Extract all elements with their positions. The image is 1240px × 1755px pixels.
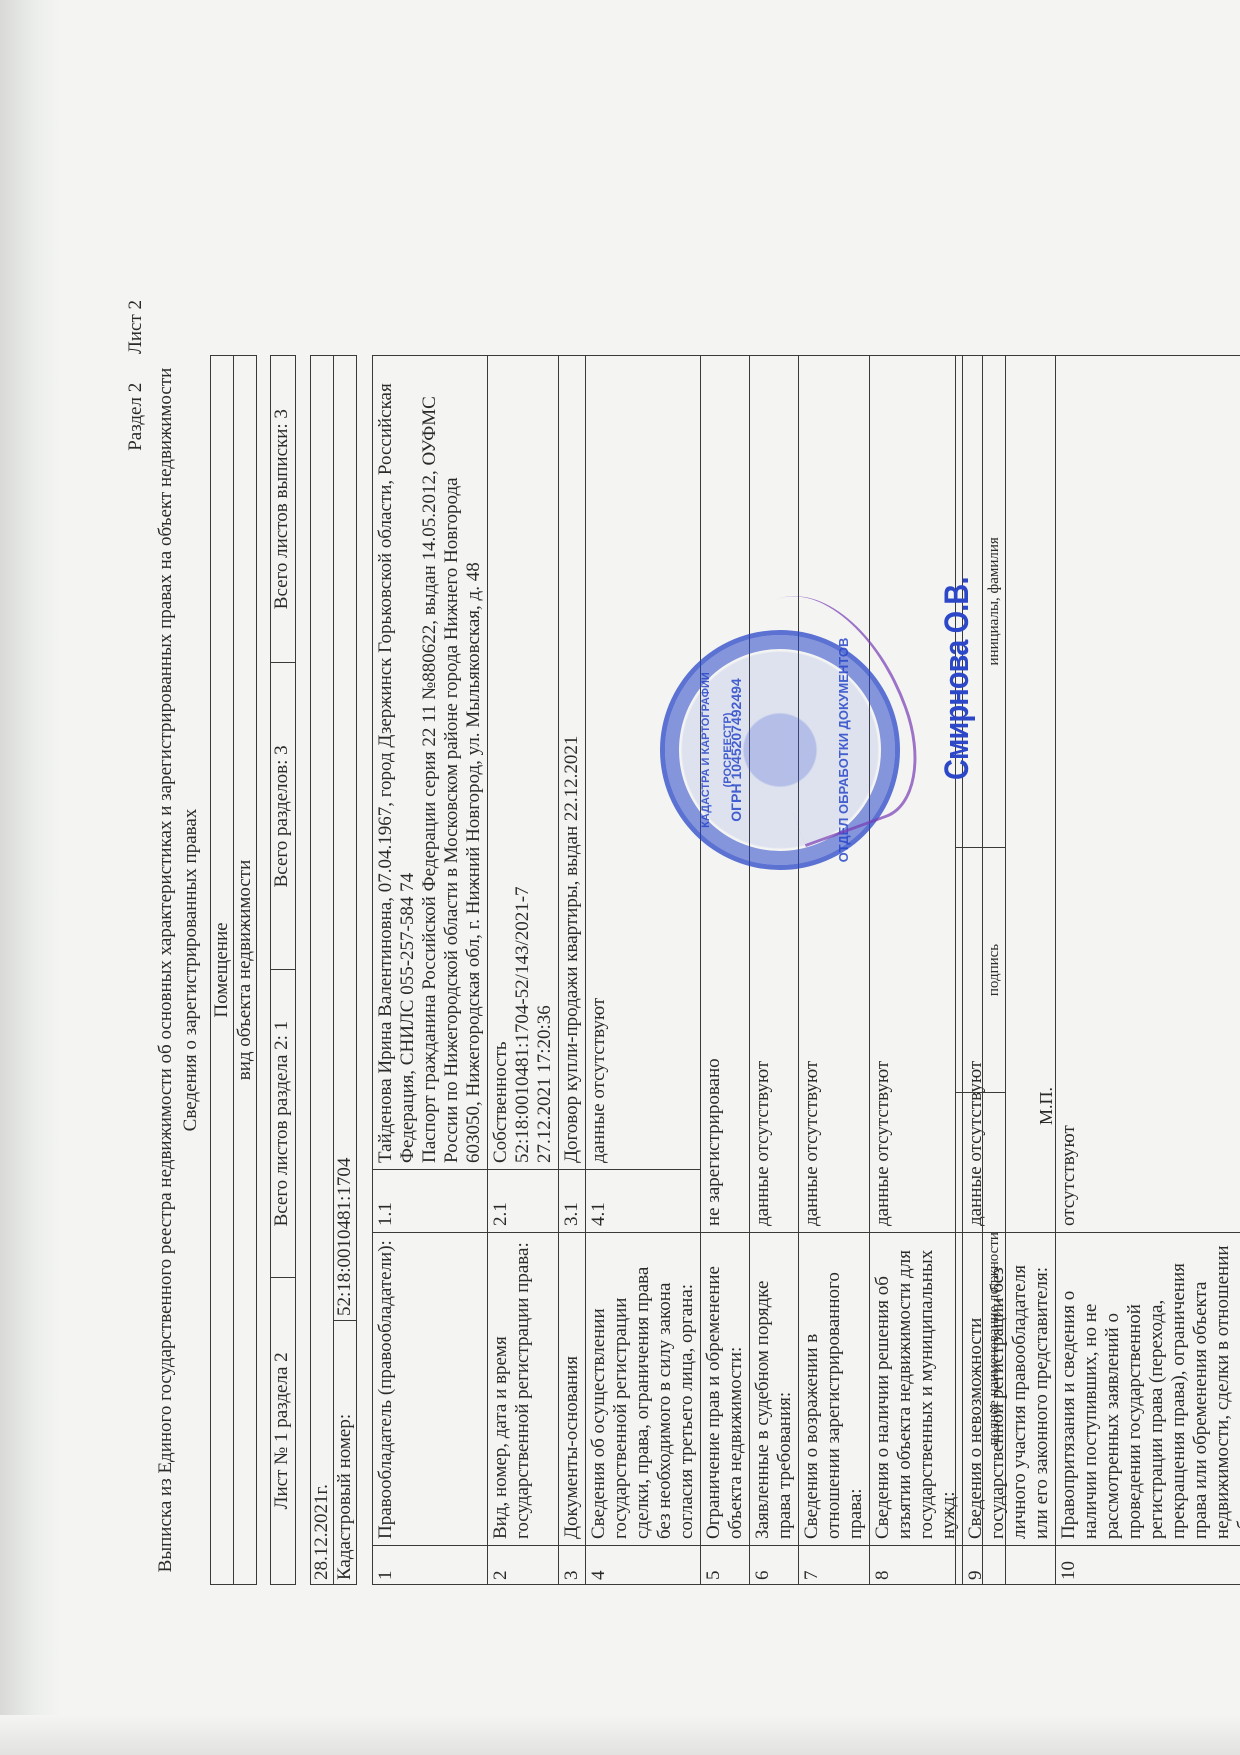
table-row: 4 Сведения об осуществлении государствен… [586, 356, 701, 1585]
table-row: 10 Правопритязания и сведения о наличии … [1056, 356, 1240, 1585]
sheets-info-table: Лист № 1 раздела 2 Всего листов раздела … [270, 355, 296, 1585]
row-label: Сведения об осуществлении государственно… [586, 1233, 701, 1546]
row-number: 4 [586, 1546, 701, 1585]
sheet-label: Лист 2 [125, 300, 146, 354]
document-subtitle: Сведения о зарегистрированных правах [180, 260, 202, 1680]
signature-field [956, 847, 983, 1093]
row-label: Вид, номер, дата и время государственной… [488, 1233, 559, 1546]
row-label: Правообладатель (правообладатели): [373, 1233, 488, 1546]
document-page: Раздел 2 Лист 2 Выписка из Единого госуд… [70, 260, 1150, 1680]
pending-claims-value: отсутствуют [1056, 356, 1240, 1233]
table-row: 6 Заявленные в судебном порядке права тр… [750, 356, 799, 1585]
row-label: Сведения о наличии решения об изъятии об… [870, 1233, 963, 1546]
page-header: Раздел 2 Лист 2 [125, 300, 147, 475]
name-caption: инициалы, фамилия [983, 356, 1006, 848]
row-label: Правопритязания и сведения о наличии пос… [1056, 1233, 1240, 1546]
document-title: Выписка из Единого государственного реес… [155, 260, 177, 1680]
table-row: 7 Сведения о возражении в отношении заре… [799, 356, 870, 1585]
row-number: 10 [1056, 1546, 1240, 1585]
sheet-of-section: Лист № 1 раздела 2 [271, 1277, 296, 1584]
table-row: 2 Вид, номер, дата и время государственн… [488, 356, 559, 1585]
stamp-place-label: М.П. [1035, 1087, 1057, 1125]
table-row: 1 Правообладатель (правообладатели): 1.1… [373, 356, 488, 1585]
row-number: 8 [870, 1546, 963, 1585]
object-type-caption: вид объекта недвижимости [234, 356, 257, 1585]
basis-documents-value: Договор купли-продажи квартиры, выдан 22… [559, 356, 586, 1170]
position-field [956, 1093, 983, 1585]
row-label: Ограничение прав и обременение объекта н… [701, 1233, 750, 1546]
extract-date: 28.12.2021г. [311, 356, 334, 1585]
cadastral-number: 52:18:0010481:1704 [334, 356, 357, 1321]
signature-table: полное наименование должности подпись ин… [955, 355, 1006, 1585]
row-number: 1 [373, 1546, 488, 1585]
extract-sheets-total: Всего листов выписки: 3 [271, 356, 296, 663]
row-number: 2 [488, 1546, 559, 1585]
table-row: 3 Документы-основания 3.1 Договор купли-… [559, 356, 586, 1585]
section-label: Раздел 2 [125, 383, 146, 451]
row-number: 7 [799, 1546, 870, 1585]
object-type-value: Помещение [211, 356, 234, 1585]
scan-edge-shadow [0, 0, 60, 1755]
owner-value: Тайденова Ирина Валентиновна, 07.04.1967… [373, 356, 488, 1170]
row-subnumber: 1.1 [373, 1170, 488, 1233]
sections-total: Всего разделов: 3 [271, 663, 296, 970]
row-number: 3 [559, 1546, 586, 1585]
section-sheets-total: Всего листов раздела 2: 1 [271, 970, 296, 1277]
signer-name-stamp: Смирнова О.В. [946, 577, 968, 780]
row-subnumber: 2.1 [488, 1170, 559, 1233]
table-row: 8 Сведения о наличии решения об изъятии … [870, 356, 963, 1585]
row-label: Заявленные в судебном порядке права треб… [750, 1233, 799, 1546]
scan-edge-bottom [0, 1715, 1240, 1755]
rights-table: 1 Правообладатель (правообладатели): 1.1… [372, 355, 1240, 1585]
table-row: 5 Ограничение прав и обременение объекта… [701, 356, 750, 1585]
row-number: 5 [701, 1546, 750, 1585]
row-label: Документы-основания [559, 1233, 586, 1546]
row-label: Сведения о возражении в отношении зареги… [799, 1233, 870, 1546]
cadastral-label: Кадастровый номер: [334, 1321, 357, 1585]
signature-caption: подпись [983, 847, 1006, 1093]
object-type-table: Помещение вид объекта недвижимости [210, 355, 257, 1585]
position-caption: полное наименование должности [983, 1093, 1006, 1585]
registration-value: Собственность 52:18:0010481:1704-52/143/… [488, 356, 559, 1170]
cadastral-table: 28.12.2021г. Кадастровый номер: 52:18:00… [310, 355, 357, 1585]
row-subnumber: 3.1 [559, 1170, 586, 1233]
row-subnumber: 4.1 [586, 1170, 701, 1233]
row-number: 6 [750, 1546, 799, 1585]
